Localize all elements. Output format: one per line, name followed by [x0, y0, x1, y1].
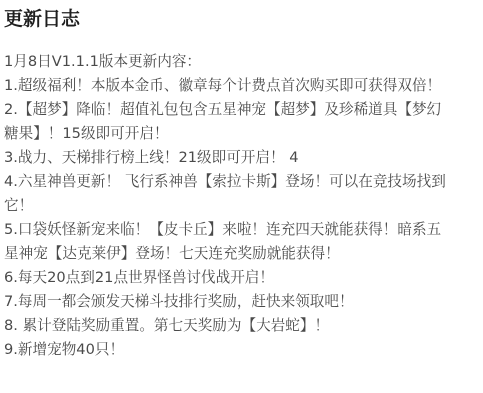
page-title: 更新日志: [4, 6, 479, 36]
changelog-line: 9.新增宠物40只！: [4, 338, 480, 362]
changelog-line: 8. 累计登陆奖励重置。第七天奖励为【大岩蛇】！: [4, 314, 480, 338]
changelog-intro: 1月8日V1.1.1版本更新内容：: [4, 50, 480, 74]
changelog-line: 4.六星神兽更新！ 飞行系神兽【索拉卡斯】登场！可以在竞技场找到: [4, 170, 480, 194]
changelog-line: 6.每天20点到21点世界怪兽讨伐战开启！: [4, 266, 480, 290]
changelog-line: 3.战力、天梯排行榜上线！21级即可开启！ 4: [4, 146, 480, 170]
changelog-line: 7.每周一都会颁发天梯斗技排行奖励，赶快来领取吧！: [4, 290, 480, 314]
changelog-line: 1.超级福利！本版本金币、徽章每个计费点首次购买即可获得双倍！: [4, 74, 480, 98]
changelog-page: 更新日志 1月8日V1.1.1版本更新内容： 1.超级福利！本版本金币、徽章每个…: [0, 0, 483, 362]
changelog-line: 5.口袋妖怪新宠来临！【皮卡丘】来啦！连充四天就能获得！暗系五: [4, 218, 480, 242]
changelog-line: 它！: [4, 194, 480, 218]
changelog-line: 糖果】！15级即可开启！: [4, 122, 480, 146]
changelog-line: 星神宠【达克莱伊】登场！七天连充奖励就能获得！: [4, 242, 480, 266]
changelog-line: 2.【超梦】降临！超值礼包包含五星神宠【超梦】及珍稀道具【梦幻: [4, 98, 480, 122]
changelog-content: 1月8日V1.1.1版本更新内容： 1.超级福利！本版本金币、徽章每个计费点首次…: [4, 50, 480, 362]
